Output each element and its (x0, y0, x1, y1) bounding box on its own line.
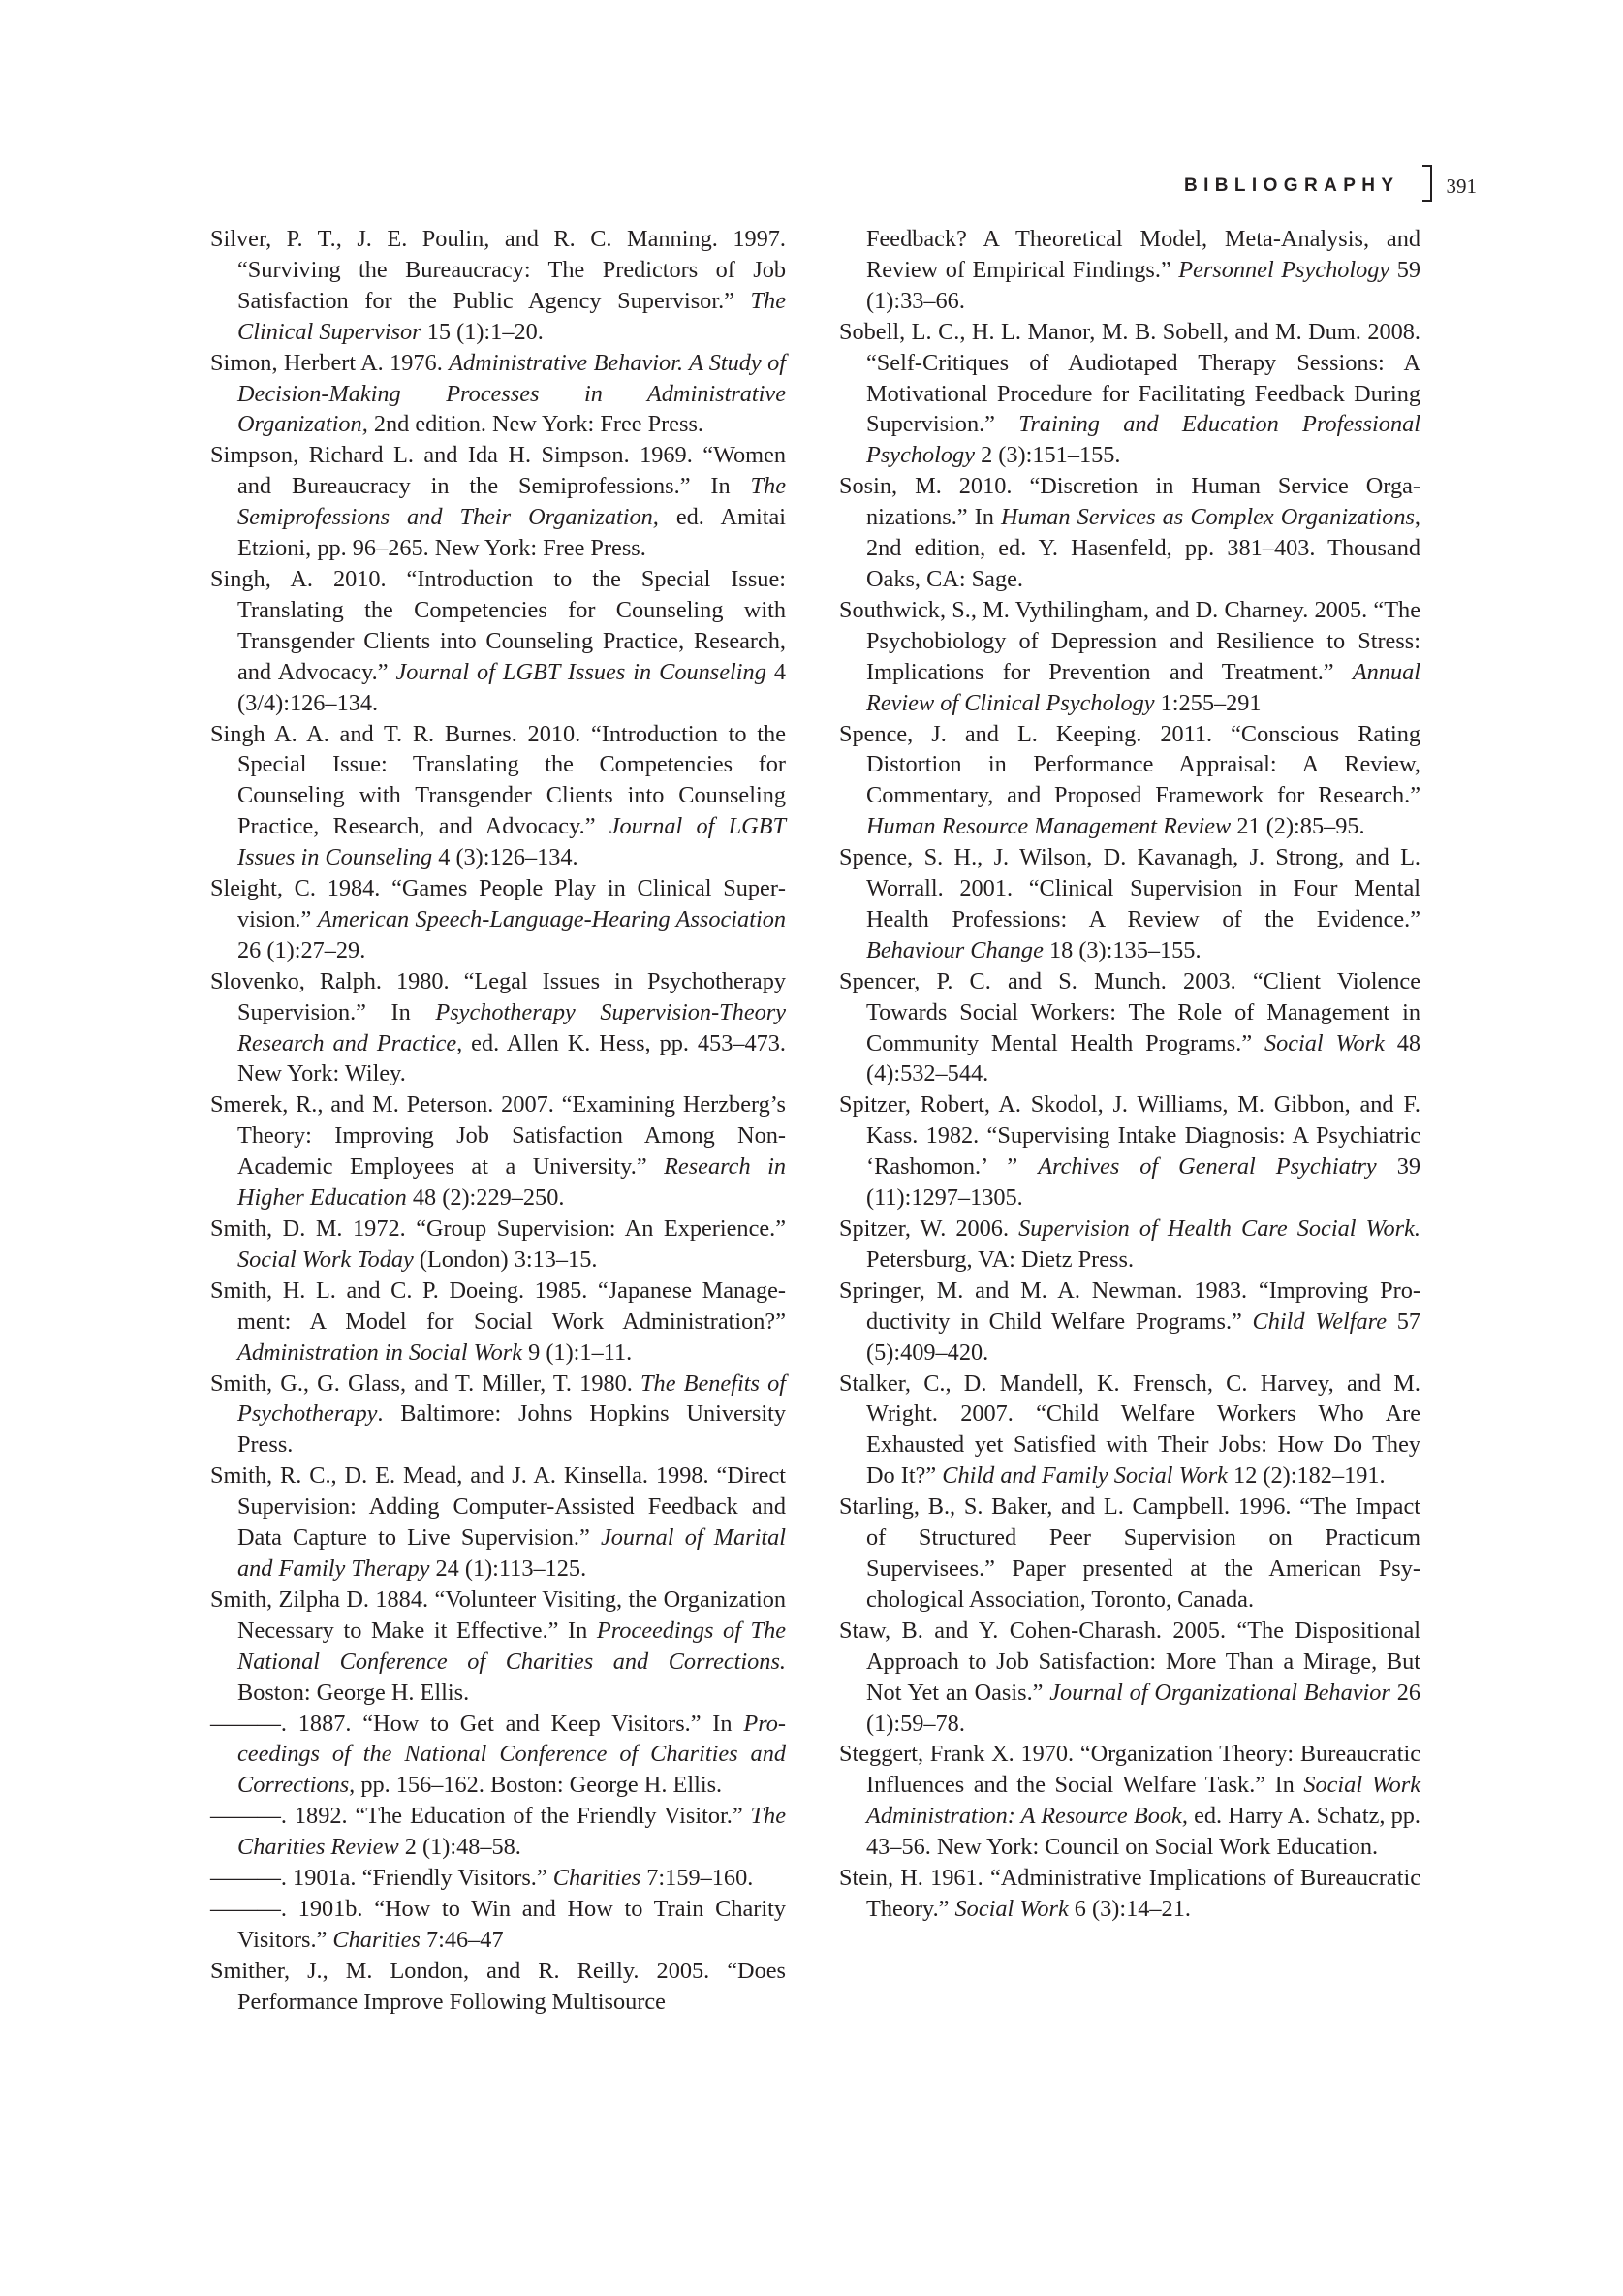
bibliography-entry: Slovenko, Ralph. 1980. “Legal Issues in … (210, 966, 786, 1090)
bibliography-entry: Stalker, C., D. Mandell, K. Frensch, C. … (839, 1368, 1420, 1493)
bibliography-entry: Smither, J., M. London, and R. Reilly. 2… (210, 1956, 786, 2018)
bracket-ornament (1422, 165, 1432, 202)
bibliography-entry: Starling, B., S. Baker, and L. Campbell.… (839, 1492, 1420, 1616)
bibliography-entry: Steggert, Frank X. 1970. “Organization T… (839, 1739, 1420, 1863)
bibliography-entry: Spitzer, W. 2006. Supervision of Health … (839, 1213, 1420, 1275)
bibliography-entry: Sobell, L. C., H. L. Manor, M. B. Sobell… (839, 317, 1420, 472)
bibliography-entry: Stein, H. 1961. “Administrative Implicat… (839, 1863, 1420, 1925)
bibliography-entry: Sleight, C. 1984. “Games People Play in … (210, 873, 786, 966)
bibliography-entry: Spitzer, Robert, A. Skodol, J. Williams,… (839, 1089, 1420, 1213)
section-title: BIBLIOGRAPHY (1184, 175, 1399, 197)
bibliography-entry: Smerek, R., and M. Peterson. 2007. “Exam… (210, 1089, 786, 1213)
bibliography-right-column: Feedback? A Theoretical Model, Meta-Anal… (839, 224, 1420, 1925)
bibliography-entry: Sosin, M. 2010. “Discretion in Human Ser… (839, 471, 1420, 595)
bibliography-entry: Simpson, Richard L. and Ida H. Simpson. … (210, 440, 786, 564)
bibliography-entry: Spence, J. and L. Keeping. 2011. “Consci… (839, 719, 1420, 843)
bibliography-left-column: Silver, P. T., J. E. Poulin, and R. C. M… (210, 224, 786, 2018)
bibliography-entry: Spence, S. H., J. Wilson, D. Kavanagh, J… (839, 842, 1420, 966)
bibliography-entry: ———. 1901b. “How to Win and How to Train… (210, 1894, 786, 1956)
bibliography-entry: Simon, Herbert A. 1976. Administrative B… (210, 348, 786, 441)
bibliography-entry: Springer, M. and M. A. Newman. 1983. “Im… (839, 1275, 1420, 1368)
page-number: 391 (1446, 174, 1477, 199)
bibliography-entry: ———. 1892. “The Education of the Friendl… (210, 1801, 786, 1863)
bibliography-entry: Smith, D. M. 1972. “Group Supervision: A… (210, 1213, 786, 1275)
bibliography-entry: Smith, H. L. and C. P. Doeing. 1985. “Ja… (210, 1275, 786, 1368)
bibliography-entry: Spencer, P. C. and S. Munch. 2003. “Clie… (839, 966, 1420, 1090)
bibliography-entry: Smith, G., G. Glass, and T. Miller, T. 1… (210, 1368, 786, 1462)
bibliography-entry: Southwick, S., M. Vythilingham, and D. C… (839, 595, 1420, 719)
bibliography-entry: Smith, R. C., D. E. Mead, and J. A. Kins… (210, 1461, 786, 1585)
bibliography-entry: Staw, B. and Y. Cohen-Charash. 2005. “Th… (839, 1616, 1420, 1740)
bibliography-entry: Feedback? A Theoretical Model, Meta-Anal… (839, 224, 1420, 317)
bibliography-entry: Smith, Zilpha D. 1884. “Volunteer Visiti… (210, 1585, 786, 1709)
bibliography-entry: Silver, P. T., J. E. Poulin, and R. C. M… (210, 224, 786, 348)
bibliography-entry: Singh, A. 2010. “Introduction to the Spe… (210, 564, 786, 719)
bibliography-entry: ———. 1887. “How to Get and Keep Visitors… (210, 1709, 786, 1802)
running-head: BIBLIOGRAPHY 391 (1184, 171, 1477, 202)
bibliography-entry: Singh A. A. and T. R. Burnes. 2010. “Int… (210, 719, 786, 874)
bibliography-entry: ———. 1901a. “Friendly Visitors.” Chariti… (210, 1863, 786, 1894)
